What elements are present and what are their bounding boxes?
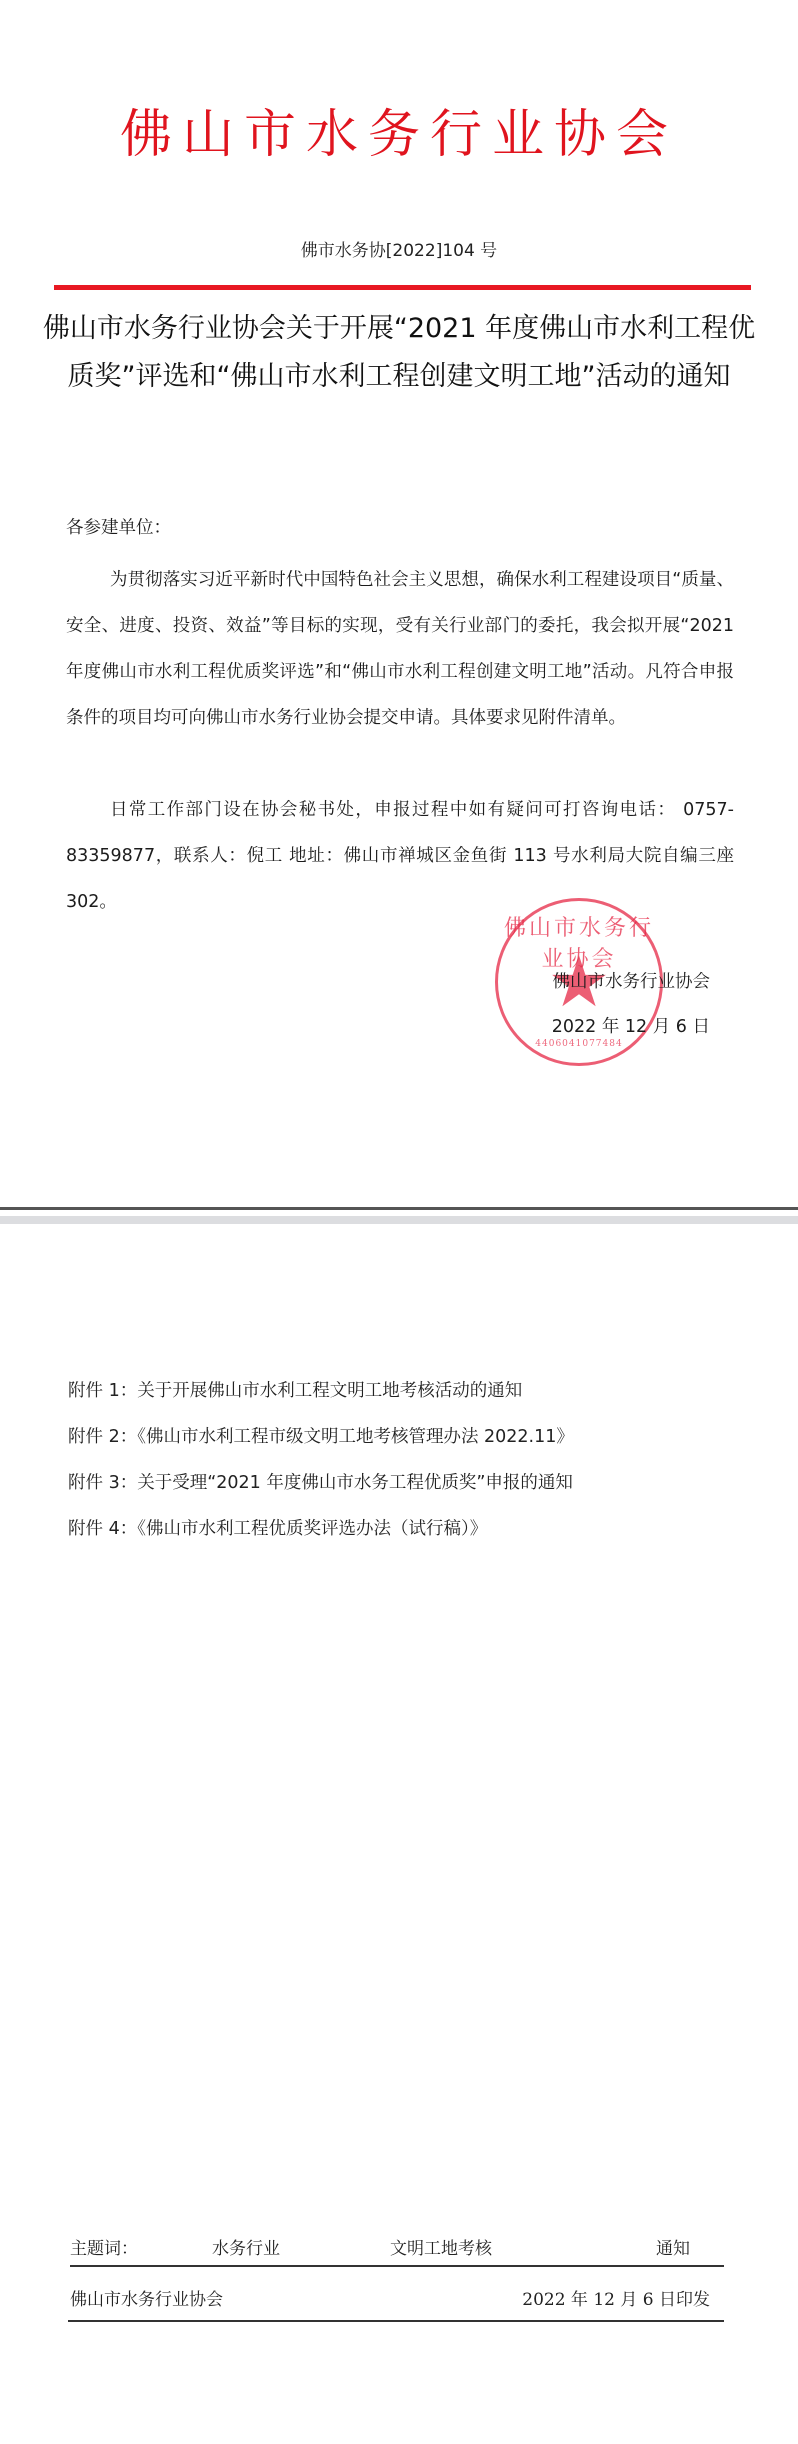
keyword: 文明工地考核 — [390, 2234, 492, 2259]
attachment-item: 附件 4：《佛山市水利工程优质奖评选办法（试行稿）》 — [68, 1506, 574, 1552]
org-title: 佛山市水务行业协会 — [0, 100, 798, 170]
attachment-list: 附件 1：关于开展佛山市水利工程文明工地考核活动的通知 附件 2：《佛山市水利工… — [68, 1368, 574, 1552]
signature-org: 佛山市水务行业协会 — [470, 968, 710, 993]
attachment-item: 附件 2：《佛山市水利工程市级文明工地考核管理办法 2022.11》 — [68, 1414, 574, 1460]
seal-number: 4406041077484 — [498, 1039, 660, 1049]
issue-date: 2022 年 12 月 6 日印发 — [470, 2285, 710, 2310]
page-edge — [0, 1207, 798, 1210]
signature-date: 2022 年 12 月 6 日 — [470, 1013, 710, 1038]
footer-rule — [70, 2265, 724, 2267]
notice-heading: 佛山市水务行业协会关于开展“2021 年度佛山市水利工程优质奖”评选和“佛山市水… — [40, 305, 758, 401]
attachment-item: 附件 1：关于开展佛山市水利工程文明工地考核活动的通知 — [68, 1368, 574, 1414]
page-break — [0, 1216, 798, 1224]
keyword: 水务行业 — [212, 2234, 280, 2259]
body-paragraph-1: 为贯彻落实习近平新时代中国特色社会主义思想，确保水利工程建设项目“质量、安全、进… — [66, 557, 734, 741]
keyword: 通知 — [656, 2234, 690, 2259]
document-number: 佛市水务协[2022]104 号 — [0, 236, 798, 261]
attachment-item: 附件 3：关于受理“2021 年度佛山市水务工程优质奖”申报的通知 — [68, 1460, 574, 1506]
red-header-rule — [54, 285, 751, 290]
keywords-row: 主题词： 水务行业 文明工地考核 通知 — [70, 2234, 726, 2264]
salutation: 各参建单位： — [66, 505, 171, 551]
body-paragraph-2: 日常工作部门设在协会秘书处，申报过程中如有疑问可打咨询电话： 0757-8335… — [66, 787, 734, 925]
keywords-label: 主题词： — [70, 2234, 138, 2259]
footer-rule — [68, 2320, 724, 2322]
issuer: 佛山市水务行业协会 — [70, 2285, 223, 2310]
